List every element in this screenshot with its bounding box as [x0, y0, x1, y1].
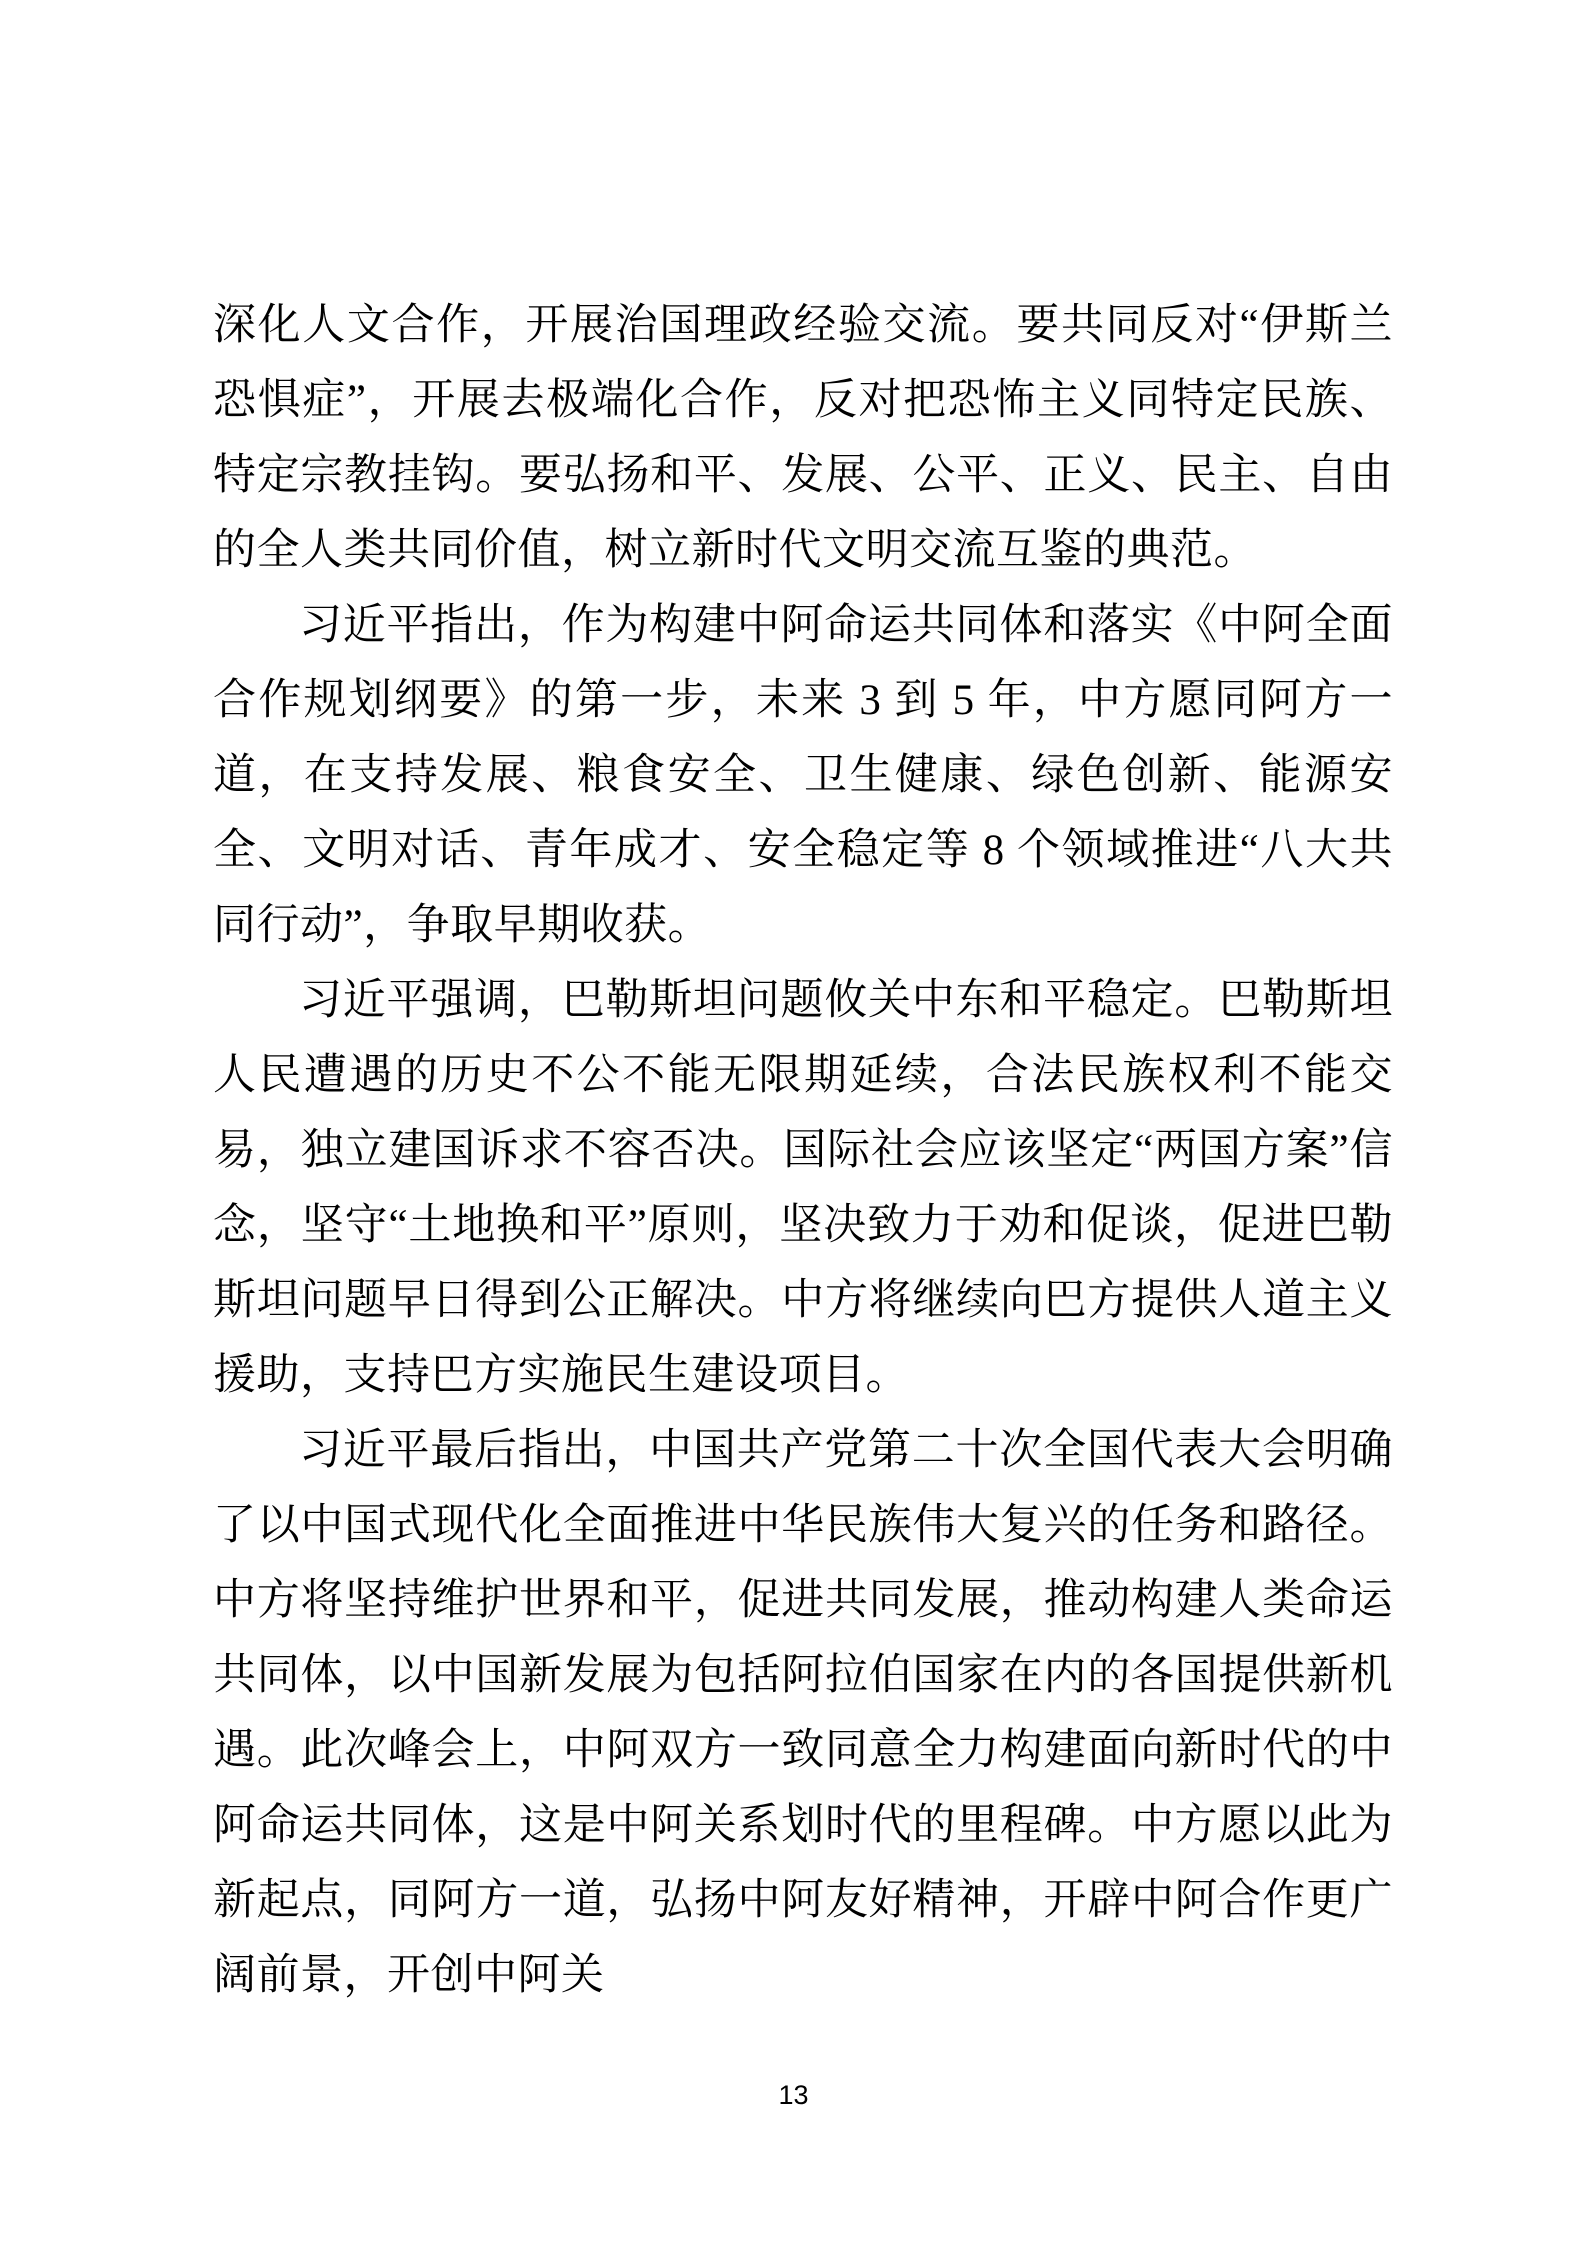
- paragraph-continuation: 深化人文合作，开展治国理政经验交流。要共同反对“伊斯兰恐惧症”，开展去极端化合作…: [213, 288, 1393, 588]
- paragraph: 习近平指出，作为构建中阿命运共同体和落实《中阿全面合作规划纲要》的第一步，未来 …: [213, 588, 1393, 963]
- paragraph: 习近平强调，巴勒斯坦问题攸关中东和平稳定。巴勒斯坦人民遭遇的历史不公不能无限期延…: [213, 963, 1393, 1413]
- document-text-body: 深化人文合作，开展治国理政经验交流。要共同反对“伊斯兰恐惧症”，开展去极端化合作…: [213, 288, 1393, 2013]
- document-page: 深化人文合作，开展治国理政经验交流。要共同反对“伊斯兰恐惧症”，开展去极端化合作…: [0, 0, 1587, 2245]
- paragraph: 习近平最后指出，中国共产党第二十次全国代表大会明确了以中国式现代化全面推进中华民…: [213, 1413, 1393, 2013]
- page-number: 13: [0, 2080, 1587, 2111]
